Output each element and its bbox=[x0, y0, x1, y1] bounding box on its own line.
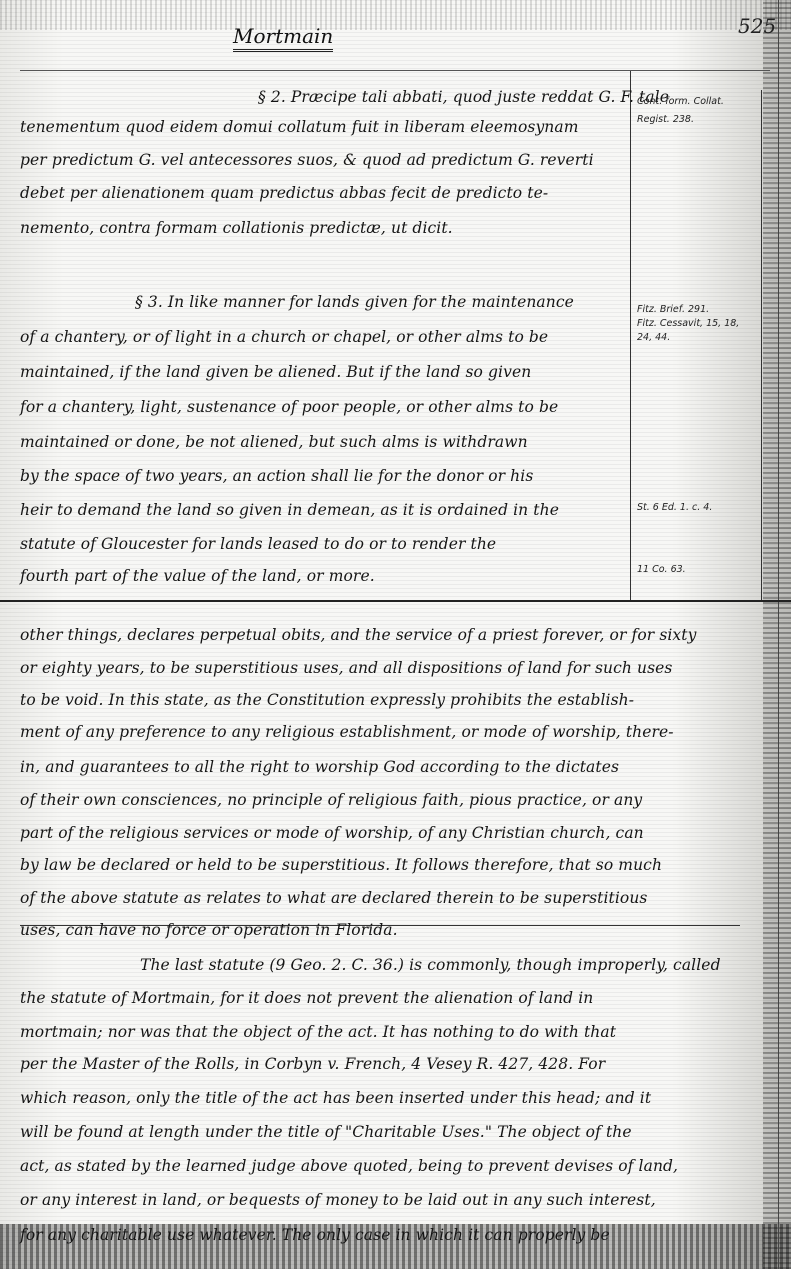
text-line: for a chantery, light, sustenance of poo… bbox=[20, 397, 620, 417]
text-line: to be void. In this state, as the Consti… bbox=[20, 690, 785, 710]
text-line: maintained, if the land given be aliened… bbox=[20, 362, 620, 382]
margin-note: 24, 44. bbox=[637, 332, 757, 344]
text-line: ment of any preference to any religious … bbox=[20, 722, 785, 742]
manuscript-page: 525 Mortmain § 2. Præcipe tali abbati, q… bbox=[0, 0, 791, 1269]
text-line: of the above statute as relates to what … bbox=[20, 888, 785, 908]
margin-note: Fitz. Brief. 291. bbox=[637, 304, 757, 316]
text-line: which reason, only the title of the act … bbox=[20, 1088, 785, 1108]
rule-upper-end bbox=[0, 600, 791, 602]
text-line: by law be declared or held to be superst… bbox=[20, 855, 785, 875]
text-line: or any interest in land, or bequests of … bbox=[20, 1190, 785, 1210]
text-line: per the Master of the Rolls, in Corbyn v… bbox=[20, 1054, 785, 1074]
page-title: Mortmain bbox=[233, 24, 333, 52]
text-line: fourth part of the value of the land, or… bbox=[20, 566, 620, 586]
text-line: statute of Gloucester for lands leased t… bbox=[20, 534, 620, 554]
margin-note: 11 Co. 63. bbox=[637, 564, 757, 576]
margin-note: St. 6 Ed. 1. c. 4. bbox=[637, 502, 757, 514]
margin-note: Fitz. Cessavit, 15, 18, bbox=[637, 318, 757, 330]
text-line: or eighty years, to be superstitious use… bbox=[20, 658, 785, 678]
text-line: of their own consciences, no principle o… bbox=[20, 790, 785, 810]
text-line: for any charitable use whatever. The onl… bbox=[20, 1225, 785, 1245]
text-line: act, as stated by the learned judge abov… bbox=[20, 1156, 785, 1176]
text-line: in, and guarantees to all the right to w… bbox=[20, 757, 785, 777]
text-line: tenementum quod eidem domui collatum fui… bbox=[20, 117, 620, 137]
text-line: debet per alienationem quam predictus ab… bbox=[20, 183, 620, 203]
text-line: nemento, contra formam collationis predi… bbox=[20, 218, 620, 238]
scan-noise-top bbox=[0, 0, 791, 30]
text-line: mortmain; nor was that the object of the… bbox=[20, 1022, 785, 1042]
margin-note: Cont. form. Collat. bbox=[637, 96, 757, 108]
text-line: of a chantery, or of light in a church o… bbox=[20, 327, 620, 347]
text-line: per predictum G. vel antecessores suos, … bbox=[20, 150, 620, 170]
text-line: heir to demand the land so given in deme… bbox=[20, 500, 620, 520]
text-line: uses, can have no force or operation in … bbox=[20, 920, 785, 940]
text-line: The last statute (9 Geo. 2. C. 36.) is c… bbox=[140, 955, 780, 975]
margin-rule-right bbox=[761, 90, 762, 600]
text-line: maintained or done, be not aliened, but … bbox=[20, 432, 620, 452]
text-line: part of the religious services or mode o… bbox=[20, 823, 785, 843]
text-line: the statute of Mortmain, for it does not… bbox=[20, 988, 785, 1008]
margin-note: Regist. 238. bbox=[637, 114, 757, 126]
margin-rule-left bbox=[630, 70, 631, 600]
rule-top bbox=[20, 70, 770, 71]
page-number: 525 bbox=[738, 14, 776, 38]
text-line: will be found at length under the title … bbox=[20, 1122, 785, 1142]
text-line: other things, declares perpetual obits, … bbox=[20, 625, 785, 645]
text-line: by the space of two years, an action sha… bbox=[20, 466, 620, 486]
